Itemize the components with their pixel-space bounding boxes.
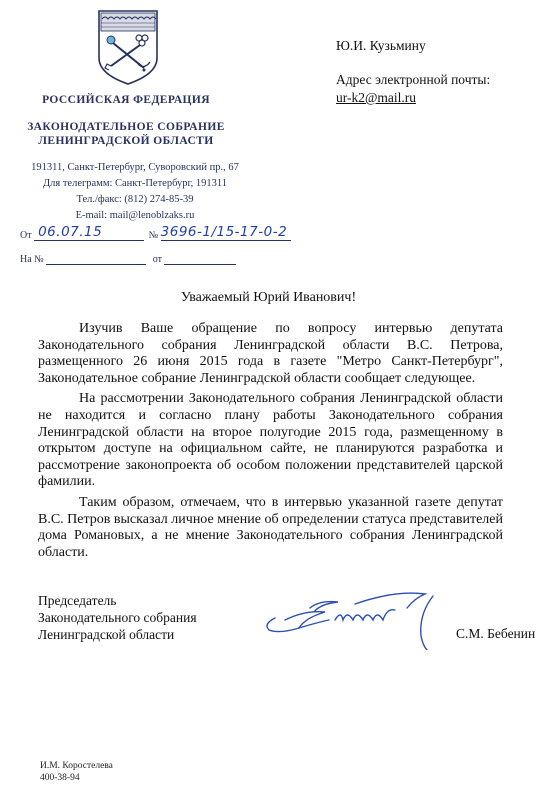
executor-phone: 400-38-94 (40, 772, 113, 784)
organization-line-1: ЗАКОНОДАТЕЛЬНОЕ СОБРАНИЕ (20, 120, 232, 134)
paragraph: Изучив Ваше обращение по вопросу интервь… (38, 321, 503, 387)
phone-fax: Тел./факс: (812) 274-85-39 (14, 192, 256, 208)
organization-heading: ЗАКОНОДАТЕЛЬНОЕ СОБРАНИЕ ЛЕНИНГРАДСКОЙ О… (20, 120, 232, 148)
letter-body: Изучив Ваше обращение по вопросу интервь… (38, 321, 503, 565)
recipient-block: Ю.И. Кузьмину Адрес электронной почты: u… (336, 37, 490, 107)
contact-block: 191311, Санкт-Петербург, Суворовский пр.… (14, 160, 256, 224)
reply-date-label: от (153, 254, 162, 265)
paragraph: Таким образом, отмечаем, что в интервью … (38, 495, 503, 561)
title-line-1: Председатель (38, 592, 197, 609)
coat-of-arms-icon (96, 8, 160, 86)
recipient-email-link[interactable]: ur-k2@mail.ru (336, 89, 490, 107)
country-heading: РОССИЙСКАЯ ФЕДЕРАЦИЯ (20, 94, 232, 106)
org-email: E-mail: mail@lenoblzaks.ru (14, 208, 256, 224)
incoming-reference: На № от (20, 254, 236, 265)
handwritten-date: 06.07.15 (38, 224, 102, 240)
title-line-2: Законодательного собрания (38, 609, 197, 626)
date-field: 06.07.15 (34, 226, 144, 241)
signatory-name: С.М. Бебенин (456, 626, 535, 642)
recipient-name: Ю.И. Кузьмину (336, 37, 490, 55)
signatory-title: Председатель Законодательного собрания Л… (38, 592, 197, 643)
executor-block: И.М. Коростелева 400-38-94 (40, 760, 113, 784)
number-field: 3696-1/15-17-0-2 (161, 226, 291, 241)
reply-date-field (164, 254, 236, 265)
recipient-email-label: Адрес электронной почты: (336, 71, 490, 89)
from-label: От (20, 230, 32, 241)
number-label: № (149, 230, 159, 241)
outgoing-reference: От 06.07.15 № 3696-1/15-17-0-2 (20, 226, 291, 241)
postal-address: 191311, Санкт-Петербург, Суворовский пр.… (14, 160, 256, 176)
handwritten-signature-icon (255, 590, 455, 650)
reply-to-label: На № (20, 254, 44, 265)
greeting: Уважаемый Юрий Иванович! (0, 290, 537, 306)
executor-name: И.М. Коростелева (40, 760, 113, 772)
telegram-address: Для телеграмм: Санкт-Петербург, 191311 (14, 176, 256, 192)
handwritten-number: 3696-1/15-17-0-2 (161, 224, 288, 240)
reply-number-field (46, 254, 146, 265)
title-line-3: Ленинградской области (38, 626, 197, 643)
paragraph: На рассмотрении Законодательного собрани… (38, 391, 503, 491)
organization-line-2: ЛЕНИНГРАДСКОЙ ОБЛАСТИ (20, 134, 232, 148)
